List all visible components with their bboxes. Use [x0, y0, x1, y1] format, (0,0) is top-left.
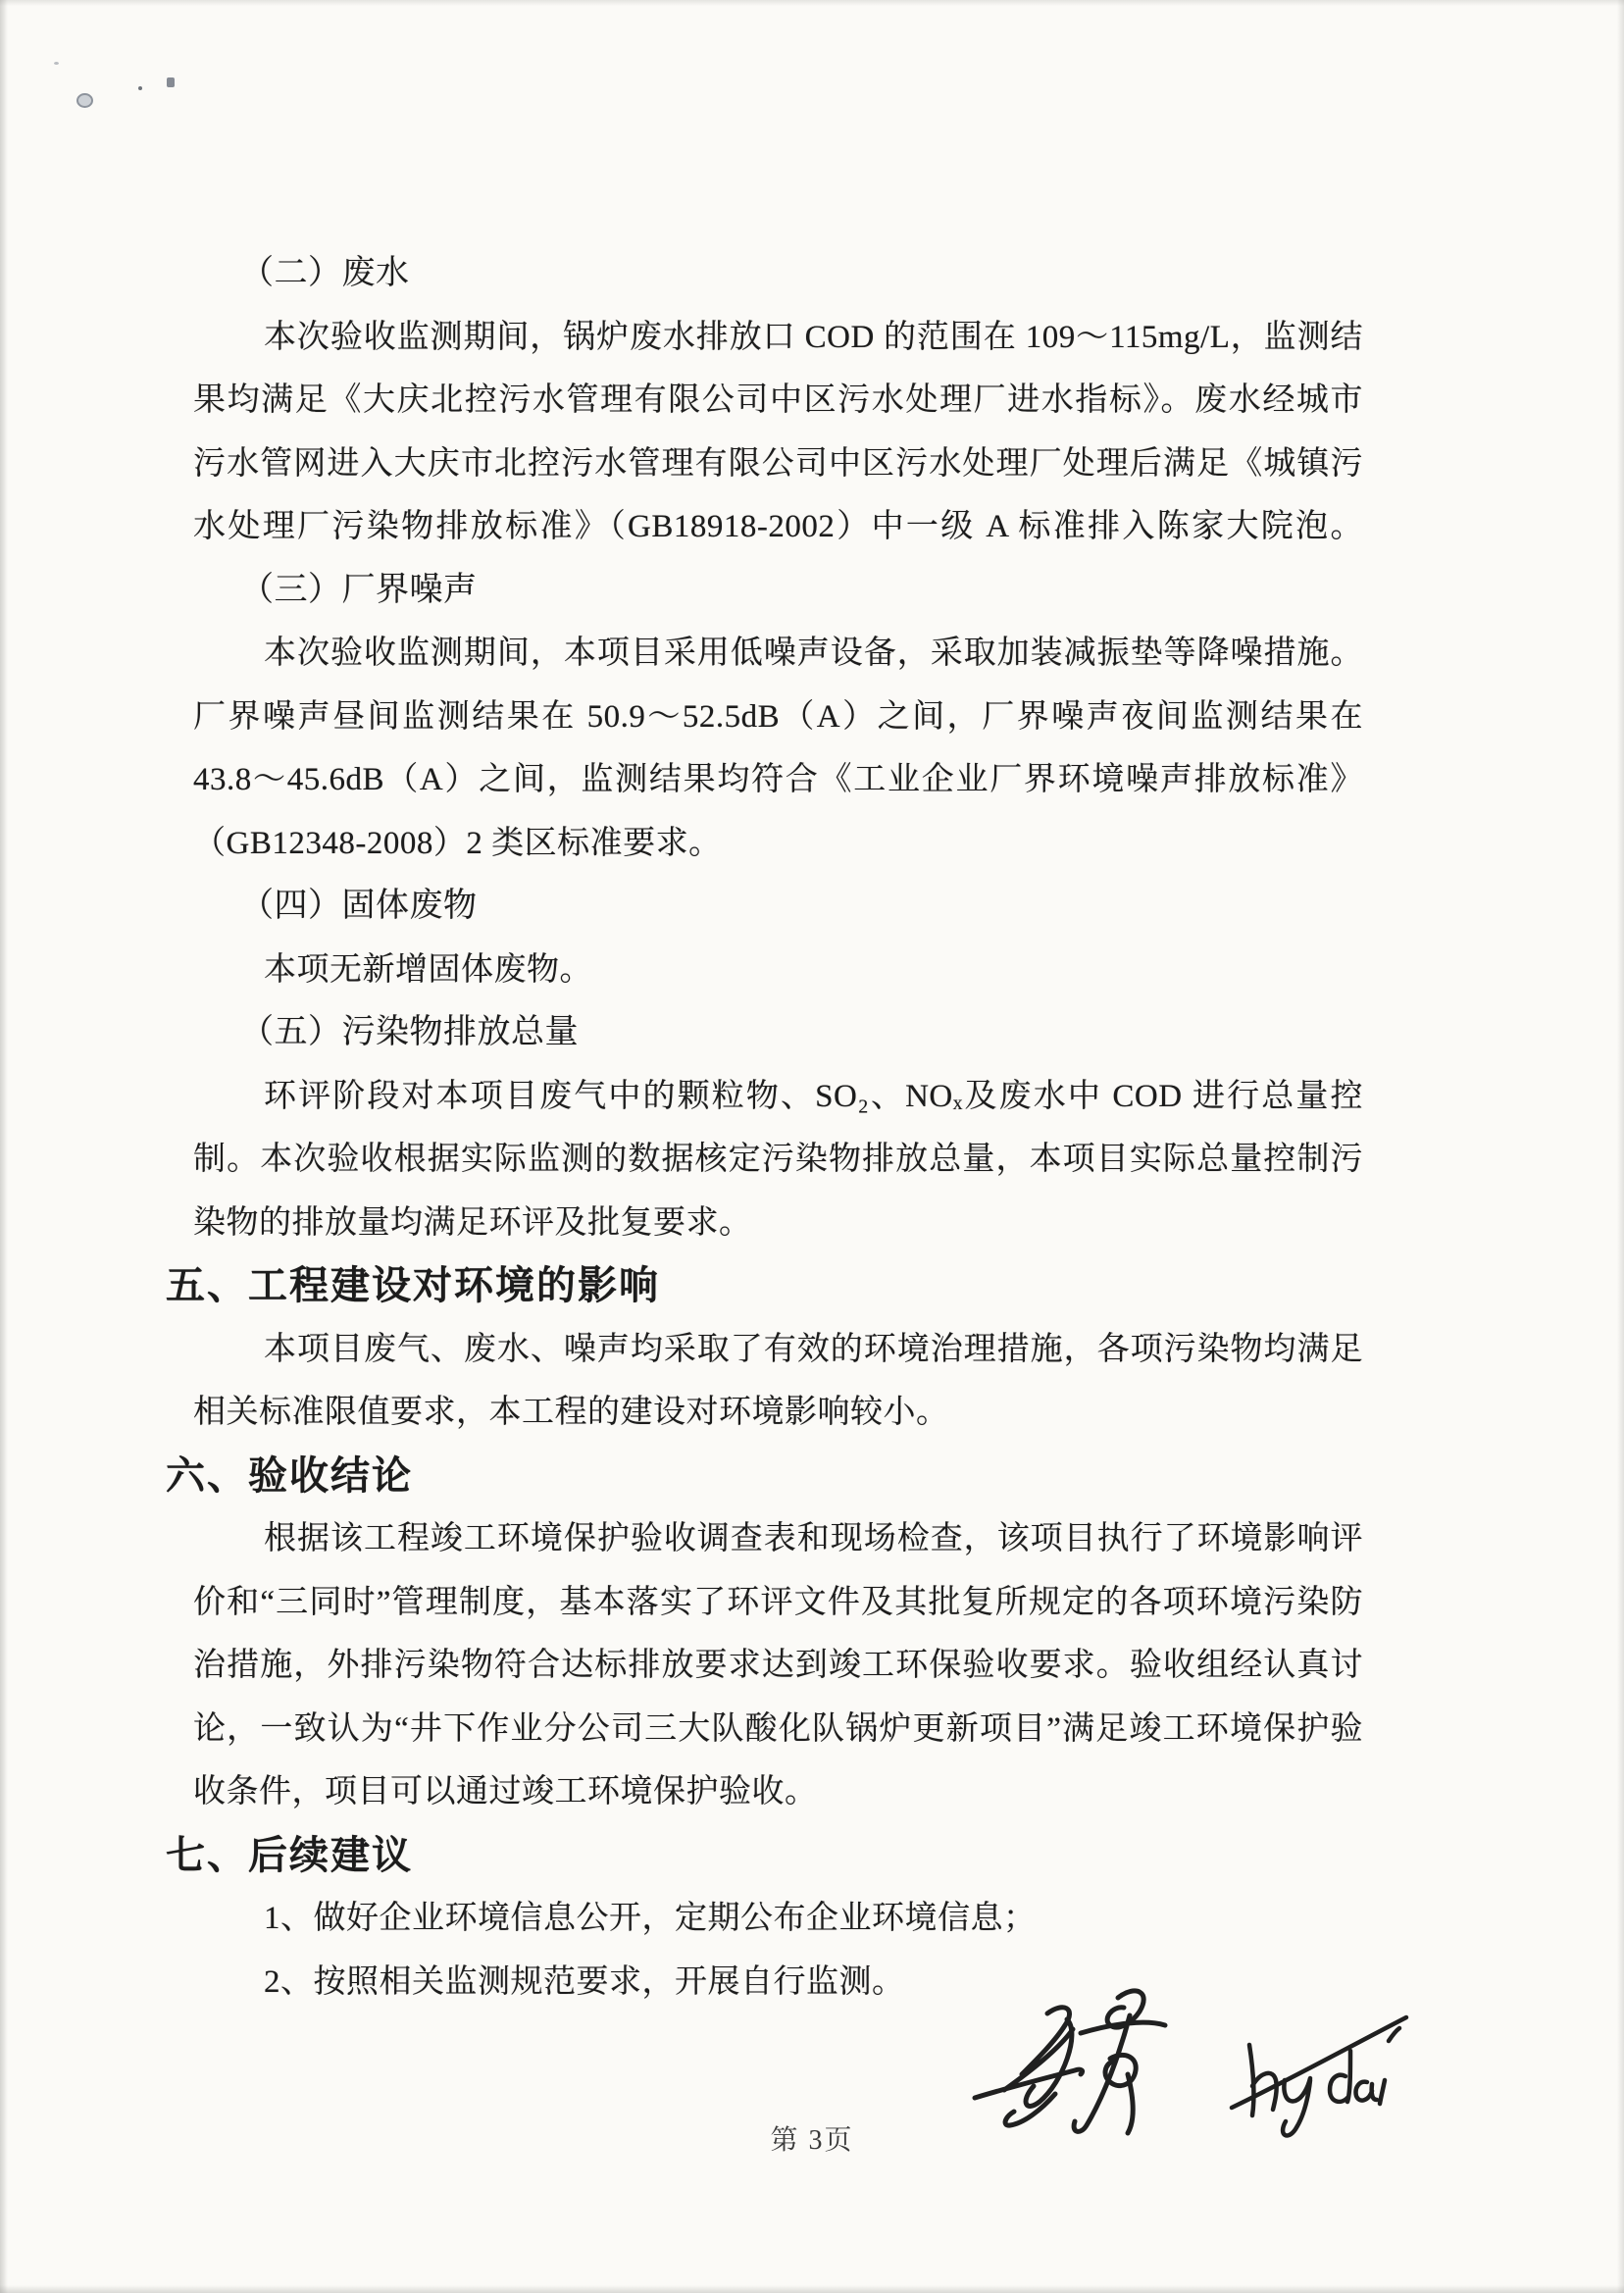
- signatures-area: [961, 1976, 1422, 2221]
- scan-edge-shadow-bottom: [0, 2285, 1624, 2293]
- text-line: 本次验收监测期间，锅炉废水排放口 COD 的范围在 109～115mg/L，监测…: [193, 306, 1363, 370]
- sub-heading: （二）废水: [193, 242, 1363, 306]
- text-line: 污水管网进入大庆市北控污水管理有限公司中区污水处理厂处理后满足《城镇污: [193, 433, 1363, 496]
- section-heading: 五、工程建设对环境的影响: [166, 1254, 1363, 1318]
- text-line: 水处理厂污染物排放标准》（GB18918-2002）中一级 A 标准排入陈家大院…: [193, 495, 1363, 559]
- text-line: 制。本次验收根据实际监测的数据核定污染物排放总量，本项目实际总量控制污: [193, 1128, 1363, 1192]
- text-line: 收条件，项目可以通过竣工环境保护验收。: [193, 1760, 1363, 1824]
- document-content: （二）废水本次验收监测期间，锅炉废水排放口 COD 的范围在 109～115mg…: [193, 242, 1363, 2013]
- section-heading: 七、后续建议: [166, 1824, 1363, 1888]
- handwritten-signature-1: [975, 1991, 1165, 2133]
- text-line: 本次验收监测期间，本项目采用低噪声设备，采取加装减振垫等降噪措施。: [193, 622, 1363, 686]
- scan-speck: [76, 93, 93, 108]
- text-line: 本项无新增固体废物。: [193, 939, 1363, 1002]
- sub-heading: （三）厂界噪声: [193, 559, 1363, 623]
- text-line: 果均满足《大庆北控污水管理有限公司中区污水处理厂进水指标》。废水经城市: [193, 369, 1363, 433]
- text-line: 论，一致认为“井下作业分公司三大队酸化队锅炉更新项目”满足竣工环境保护验: [193, 1698, 1363, 1761]
- scan-edge-shadow-right: [1617, 0, 1624, 2293]
- scanned-document-page: （二）废水本次验收监测期间，锅炉废水排放口 COD 的范围在 109～115mg…: [0, 0, 1624, 2293]
- text-line: 厂界噪声昼间监测结果在 50.9～52.5dB（A）之间，厂界噪声夜间监测结果在: [193, 686, 1363, 749]
- text-line: 相关标准限值要求，本工程的建设对环境影响较小。: [193, 1381, 1363, 1445]
- text-line: 环评阶段对本项目废气中的颗粒物、SO₂、NOₓ及废水中 COD 进行总量控: [193, 1065, 1363, 1129]
- page-number: 第 3页: [0, 2118, 1624, 2158]
- text-line: 43.8～45.6dB（A）之间，监测结果均符合《工业企业厂界环境噪声排放标准》: [193, 748, 1363, 812]
- text-line: 根据该工程竣工环境保护验收调查表和现场检查，该项目执行了环境影响评: [193, 1507, 1363, 1571]
- scan-speck: [167, 77, 175, 87]
- section-heading: 六、验收结论: [166, 1445, 1363, 1508]
- text-line: 1、做好企业环境信息公开，定期公布企业环境信息；: [193, 1887, 1363, 1951]
- text-line: 染物的排放量均满足环评及批复要求。: [193, 1192, 1363, 1255]
- sub-heading: （四）固体废物: [193, 875, 1363, 939]
- scan-speck: [138, 86, 142, 90]
- sub-heading: （五）污染物排放总量: [193, 1001, 1363, 1065]
- scan-speck: [54, 62, 59, 65]
- text-line: 价和“三同时”管理制度，基本落实了环评文件及其批复所规定的各项环境污染防: [193, 1571, 1363, 1635]
- text-line: （GB12348-2008）2 类区标准要求。: [193, 812, 1363, 876]
- scan-edge-shadow-top: [0, 0, 1624, 6]
- scan-edge-shadow-left: [0, 0, 8, 2293]
- text-line: 本项目废气、废水、噪声均采取了有效的环境治理措施，各项污染物均满足: [193, 1318, 1363, 1382]
- text-line: 治措施，外排污染物符合达标排放要求达到竣工环保验收要求。验收组经认真讨: [193, 1634, 1363, 1698]
